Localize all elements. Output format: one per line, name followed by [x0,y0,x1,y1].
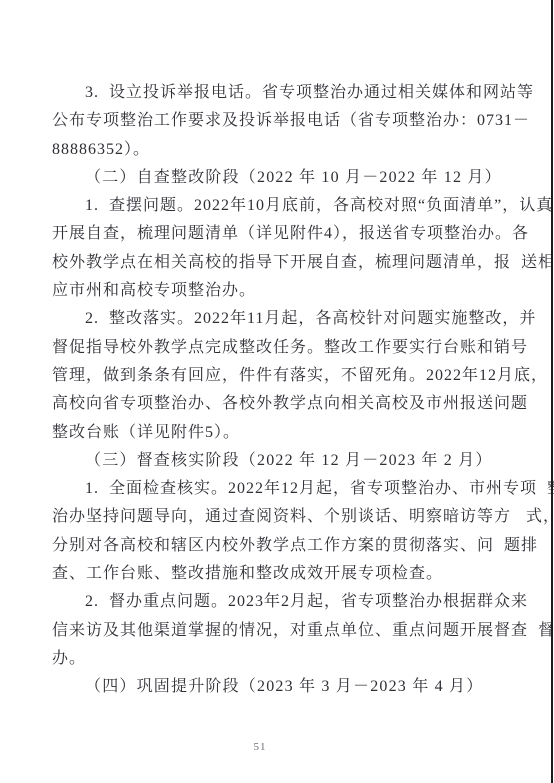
section-heading: （四）巩固提升阶段（2023 年 3 月－2023 年 4 月） [52,673,520,701]
text-line: 开展自查，梳理问题清单（详见附件4），报送省专项整治办。各 [52,220,520,248]
text-line: 1. 全面检查核实。2022年12月起，省专项整治办、市州专项 整 [52,475,520,503]
text-line: 查、工作台账、整改措施和整改成效开展专项检查。 [52,560,520,588]
text-line: 校外教学点在相关高校的指导下开展自查，梳理问题清单，报 送相 [52,249,520,277]
text-line: 督促指导校外教学点完成整改任务。整改工作要实行台账和销号 [52,334,520,362]
page-edge-line [551,0,553,783]
text-line: 信来访及其他渠道掌握的情况，对重点单位、重点问题开展督查 督 [52,617,520,645]
text-line: 办。 [52,645,520,673]
document-text-block: 3. 设立投诉举报电话。省专项整治办通过相关媒体和网站等 公布专项整治工作要求及… [52,79,520,702]
text-line: 管理，做到条条有回应，件件有落实，不留死角。2022年12月底， 各 [52,362,520,390]
page-number: 51 [0,741,520,753]
text-line: 高校向省专项整治办、各校外教学点向相关高校及市州报送问题 [52,390,520,418]
text-line: 整改台账（详见附件5）。 [52,419,520,447]
text-line: 分别对各高校和辖区内校外教学点工作方案的贯彻落实、问 题排 [52,532,520,560]
text-line: 2. 督办重点问题。2023年2月起，省专项整治办根据群众来 [52,588,520,616]
document-page: 3. 设立投诉举报电话。省专项整治办通过相关媒体和网站等 公布专项整治工作要求及… [0,0,554,783]
text-line: 应市州和高校专项整治办。 [52,277,520,305]
text-line: 1. 查摆问题。2022年10月底前，各高校对照“负面清单”，认真 [52,192,520,220]
section-heading: （二）自查整改阶段（2022 年 10 月－2022 年 12 月） [52,164,520,192]
text-line: 公布专项整治工作要求及投诉举报电话（省专项整治办：0731－ [52,107,520,135]
text-line: 3. 设立投诉举报电话。省专项整治办通过相关媒体和网站等 [52,79,520,107]
text-line: 2. 整改落实。2022年11月起，各高校针对问题实施整改，并 [52,305,520,333]
text-line: 治办坚持问题导向，通过查阅资料、个别谈话、明察暗访等方 式， [52,503,520,531]
text-line: 88886352）。 [52,136,520,164]
section-heading: （三）督查核实阶段（2022 年 12 月－2023 年 2 月） [52,447,520,475]
